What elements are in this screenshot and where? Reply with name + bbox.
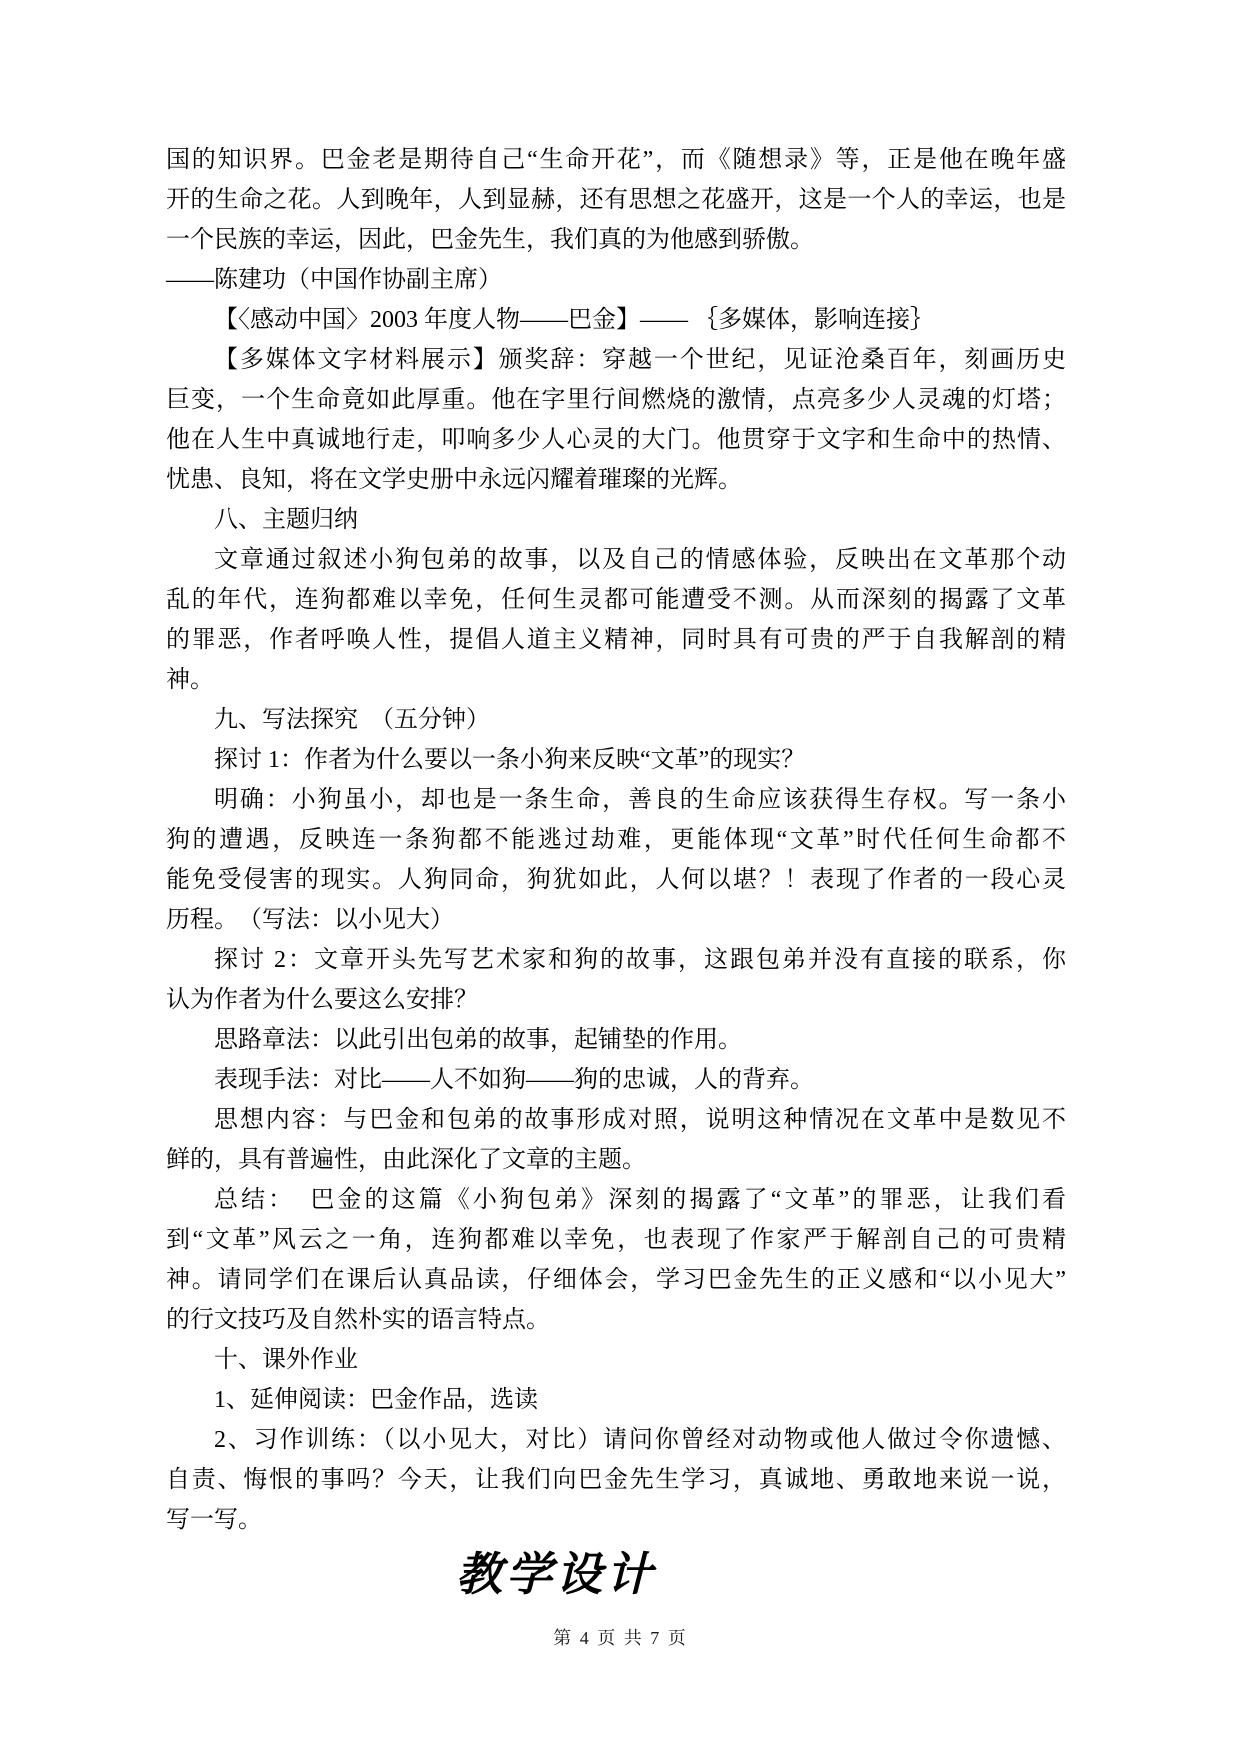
text-line: 的行文技巧及自然朴实的语言特点。 xyxy=(166,1300,1066,1340)
text-line: 探讨 2：文章开头先写艺术家和狗的故事，这跟包弟并没有直接的联系，你 xyxy=(166,940,1066,980)
calligraphy-title: 教学设计 xyxy=(0,1538,1112,1604)
text-line: 认为作者为什么要这么安排？ xyxy=(166,980,1066,1020)
text-line: 到“文革”风云之一角，连狗都难以幸免，也表现了作家严于解剖自己的可贵精 xyxy=(166,1220,1066,1260)
text-line: 巨变，一个生命竟如此厚重。他在字里行间燃烧的激情，点亮多少人灵魂的灯塔； xyxy=(166,380,1066,420)
text-line: 鲜的，具有普遍性，由此深化了文章的主题。 xyxy=(166,1140,1066,1180)
text-line: 八、主题归纳 xyxy=(166,500,1066,540)
text-line: 总结： 巴金的这篇《小狗包弟》深刻的揭露了“文革”的罪恶，让我们看 xyxy=(166,1180,1066,1220)
text-line: 忧患、良知，将在文学史册中永远闪耀着璀璨的光辉。 xyxy=(166,460,1066,500)
text-line: ——陈建功（中国作协副主席） xyxy=(166,260,1066,300)
page-footer: 第 4 页 共 7 页 xyxy=(0,1624,1241,1650)
text-line: 历程。 （写法：以小见大） xyxy=(166,900,1066,940)
text-line: 神。 xyxy=(166,660,1066,700)
text-line: 思想内容：与巴金和包弟的故事形成对照，说明这种情况在文革中是数见不 xyxy=(166,1100,1066,1140)
text-line: 乱的年代，连狗都难以幸免，任何生灵都可能遭受不测。从而深刻的揭露了文革 xyxy=(166,580,1066,620)
text-line: 狗的遭遇，反映连一条狗都不能逃过劫难，更能体现“文革”时代任何生命都不 xyxy=(166,820,1066,860)
text-line: 【多媒体文字材料展示】颁奖辞：穿越一个世纪，见证沧桑百年，刻画历史 xyxy=(166,340,1066,380)
text-line: 国的知识界。巴金老是期待自己“生命开花”，而《随想录》等，正是他在晚年盛 xyxy=(166,140,1066,180)
text-line: 一个民族的幸运，因此，巴金先生，我们真的为他感到骄傲。 xyxy=(166,220,1066,260)
text-line: 探讨 1：作者为什么要以一条小狗来反映“文革”的现实？ xyxy=(166,740,1066,780)
text-line: 写一写。 xyxy=(166,1500,1066,1540)
document-page: 国的知识界。巴金老是期待自己“生命开花”，而《随想录》等，正是他在晚年盛开的生命… xyxy=(0,0,1241,1754)
text-line: 的罪恶，作者呼唤人性，提倡人道主义精神，同时具有可贵的严于自我解剖的精 xyxy=(166,620,1066,660)
text-line: 【〈感动中国〉2003 年度人物——巴金】—— ｛多媒体，影响连接｝ xyxy=(166,300,1066,340)
text-line: 明确：小狗虽小，却也是一条生命，善良的生命应该获得生存权。写一条小 xyxy=(166,780,1066,820)
text-line: 1、延伸阅读：巴金作品，选读 xyxy=(166,1380,1066,1420)
text-line: 神。请同学们在课后认真品读，仔细体会，学习巴金先生的正义感和“以小见大” xyxy=(166,1260,1066,1300)
text-line: 文章通过叙述小狗包弟的故事，以及自己的情感体验，反映出在文革那个动 xyxy=(166,540,1066,580)
text-line: 开的生命之花。人到晚年，人到显赫，还有思想之花盛开，这是一个人的幸运，也是 xyxy=(166,180,1066,220)
text-line: 表现手法：对比——人不如狗——狗的忠诚，人的背弃。 xyxy=(166,1060,1066,1100)
text-line: 他在人生中真诚地行走，叩响多少人心灵的大门。他贯穿于文字和生命中的热情、 xyxy=(166,420,1066,460)
text-line: 思路章法：以此引出包弟的故事，起铺垫的作用。 xyxy=(166,1020,1066,1060)
text-line: 九、写法探究 （五分钟） xyxy=(166,700,1066,740)
text-line: 能免受侵害的现实。人狗同命，狗犹如此，人何以堪？！表现了作者的一段心灵 xyxy=(166,860,1066,900)
document-body: 国的知识界。巴金老是期待自己“生命开花”，而《随想录》等，正是他在晚年盛开的生命… xyxy=(166,140,1066,1540)
text-line: 2、习作训练：（以小见大，对比）请问你曾经对动物或他人做过令你遗憾、 xyxy=(166,1420,1066,1460)
text-line: 十、课外作业 xyxy=(166,1340,1066,1380)
text-line: 自责、悔恨的事吗？今天，让我们向巴金先生学习，真诚地、勇敢地来说一说， xyxy=(166,1460,1066,1500)
